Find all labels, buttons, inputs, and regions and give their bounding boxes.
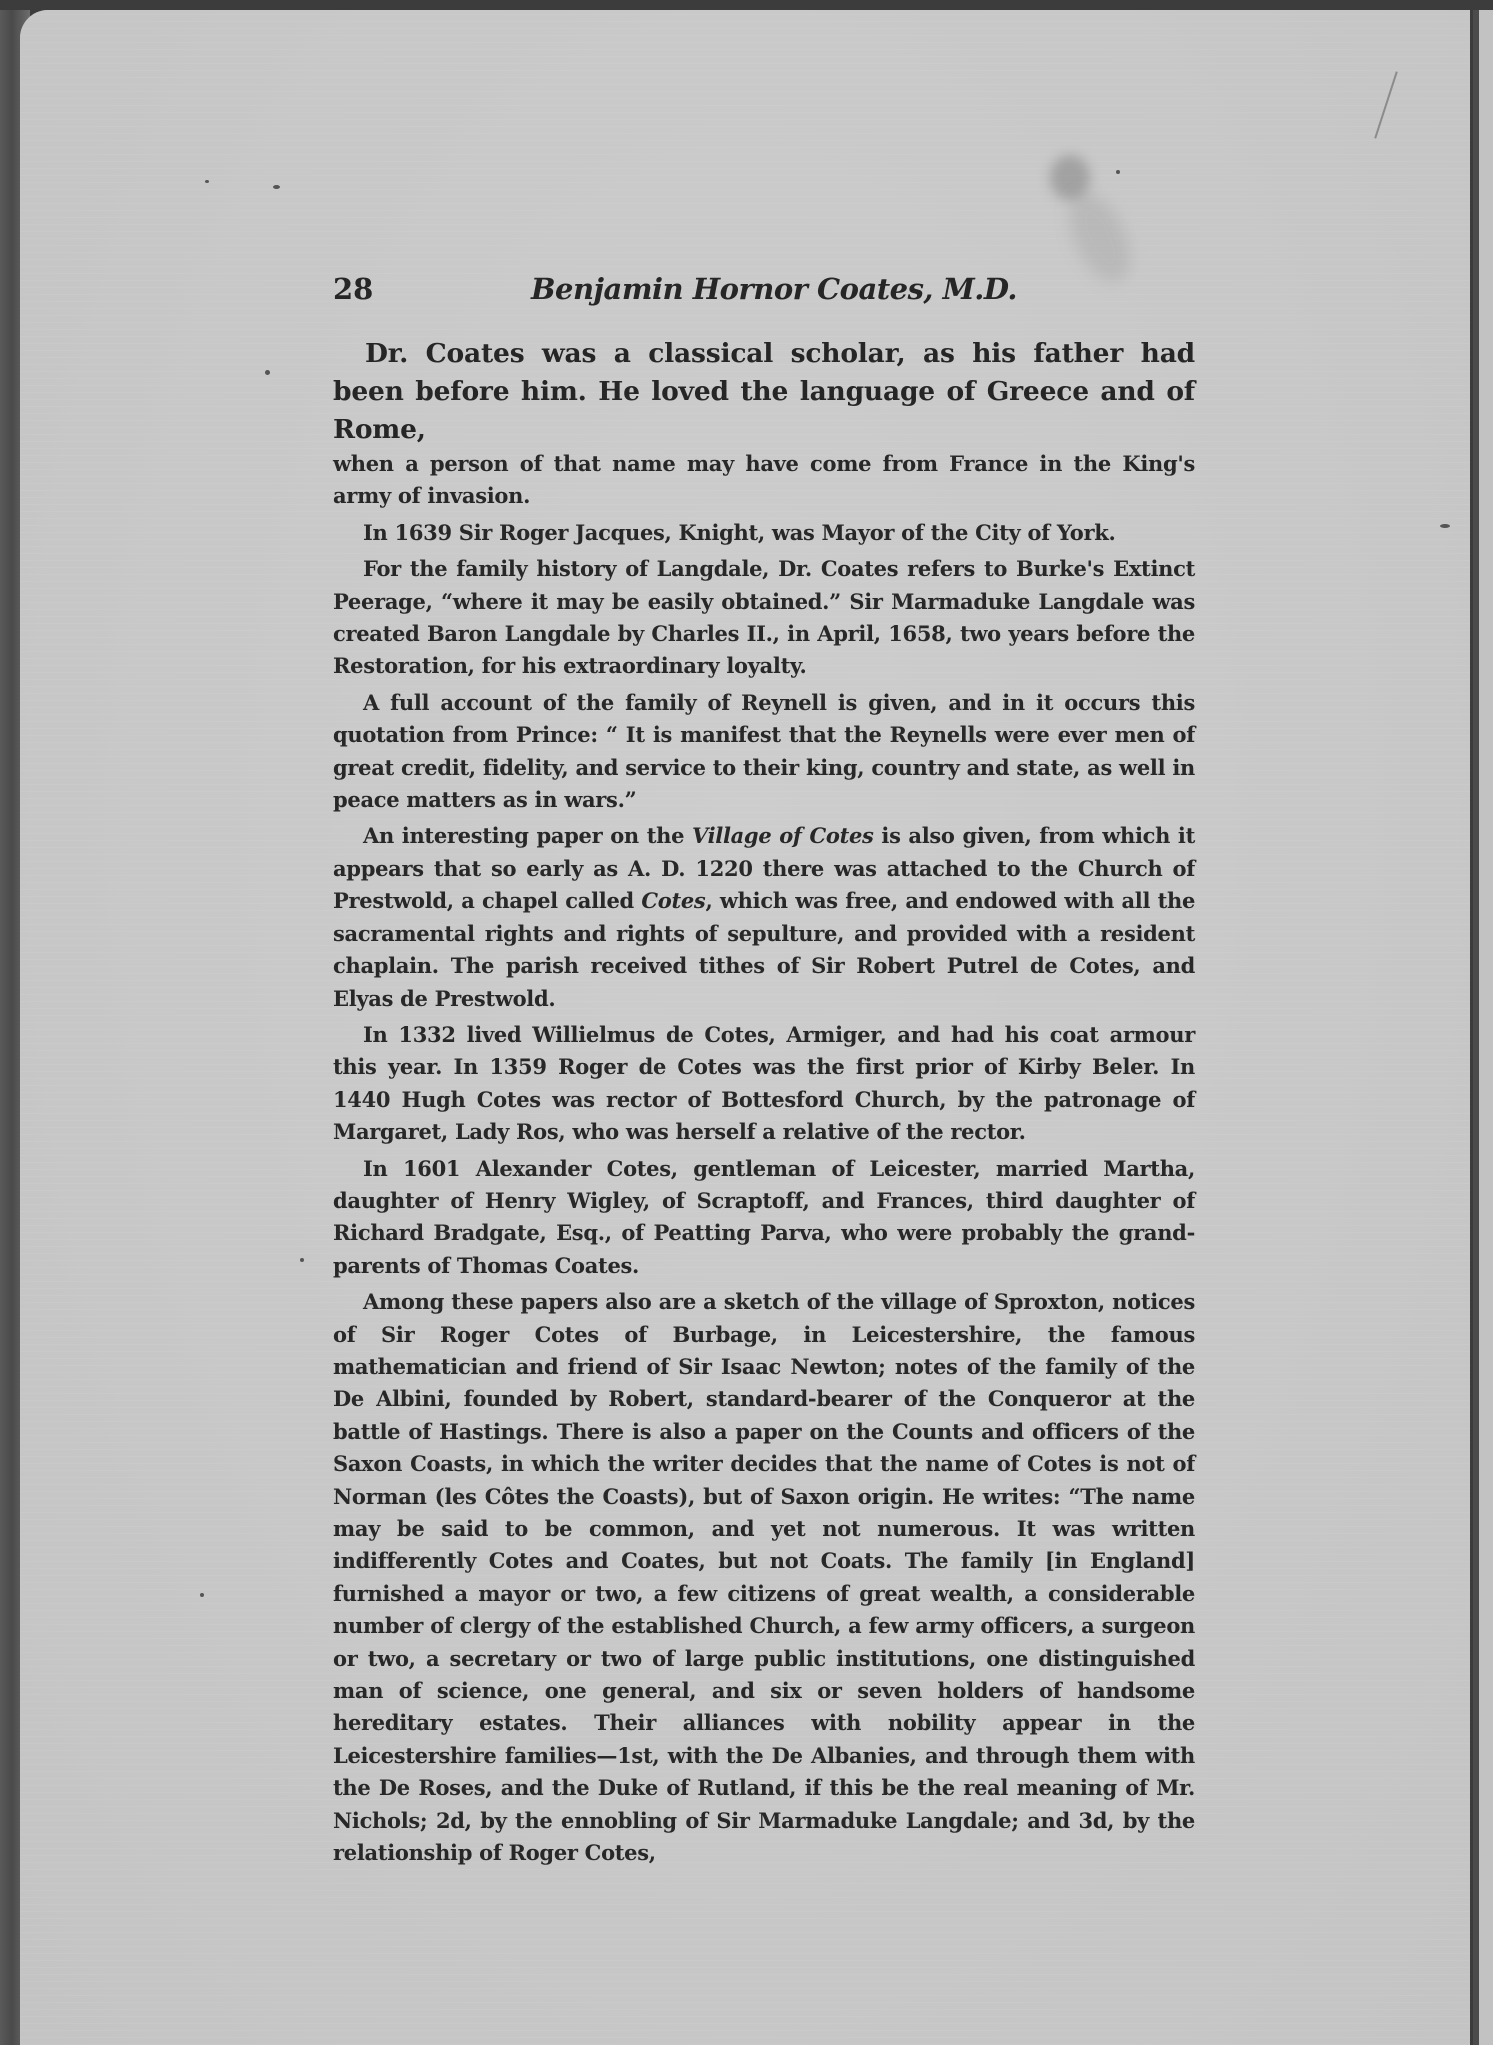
lead-paragraph: Dr. Coates was a classical scholar, as h…	[333, 335, 1195, 449]
adjacent-page-strip	[1479, 10, 1493, 2045]
running-head: Benjamin Hornor Coates, M.D.	[413, 272, 1195, 306]
speck	[300, 1258, 304, 1262]
italic-title: Village of Cotes	[692, 823, 874, 848]
page-header: 28 Benjamin Hornor Coates, M.D.	[333, 272, 1195, 322]
speck	[1116, 170, 1120, 174]
speck	[273, 185, 280, 189]
note-paragraph: A full account of the family of Reynell …	[333, 687, 1195, 817]
speck	[265, 370, 270, 375]
scratch-mark	[1374, 71, 1398, 138]
speck	[200, 1593, 204, 1597]
italic-name: Cotes	[641, 888, 705, 913]
note-paragraph: In 1332 lived Willielmus de Cotes, Armig…	[333, 1019, 1195, 1149]
speck	[1440, 524, 1450, 528]
scanned-page-image: 28 Benjamin Hornor Coates, M.D. Dr. Coat…	[0, 0, 1493, 2045]
note-paragraph: Among these papers also are a sketch of …	[333, 1286, 1195, 1869]
note-paragraph-village-of-cotes: An interesting paper on the Village of C…	[333, 820, 1195, 1014]
note-paragraph: For the family history of Langdale, Dr. …	[333, 553, 1195, 683]
note-paragraph: In 1639 Sir Roger Jacques, Knight, was M…	[333, 517, 1195, 549]
notes-block: when a person of that name may have come…	[333, 448, 1195, 1873]
lead-paragraph-block: Dr. Coates was a classical scholar, as h…	[333, 335, 1195, 449]
speck	[205, 180, 209, 183]
note-paragraph: In 1601 Alexander Cotes, gentleman of Le…	[333, 1153, 1195, 1283]
page-number: 28	[333, 272, 373, 306]
note-paragraph: when a person of that name may have come…	[333, 448, 1195, 513]
text-run: An interesting paper on the	[363, 823, 692, 848]
